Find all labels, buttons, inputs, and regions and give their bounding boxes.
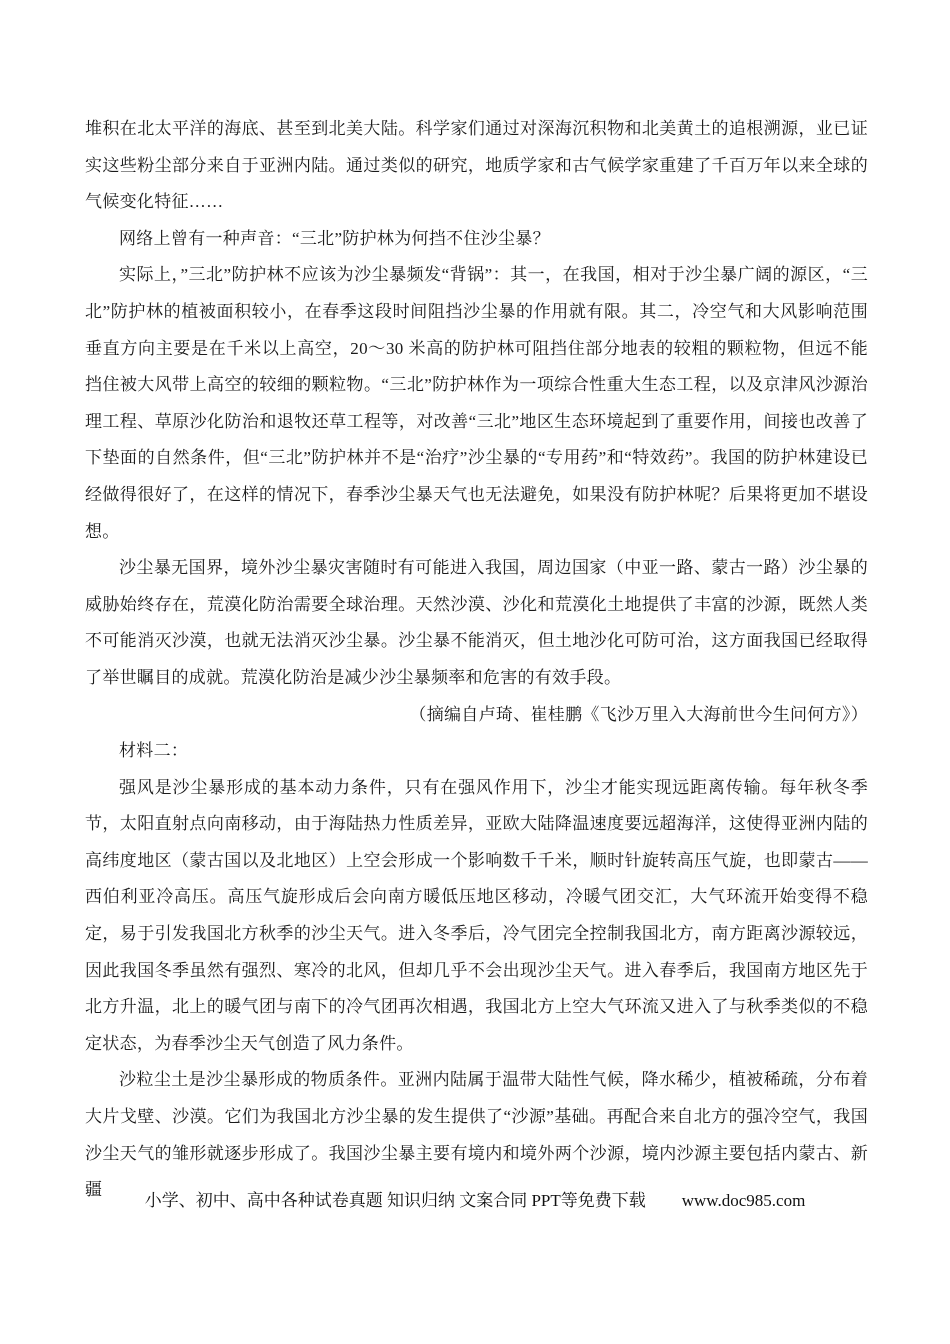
paragraph-question: 网络上曾有一种声音：“三北”防护林为何挡不住沙尘暴？ [85,221,868,258]
paragraph-global-control: 沙尘暴无国界，境外沙尘暴灾害随时有可能进入我国，周边国家（中亚一路、蒙古一路）沙… [85,550,868,696]
document-body: 堆积在北太平洋的海底、甚至到北美大陆。科学家们通过对深海沉积物和北美黄土的追根溯… [85,111,868,1209]
document-page: 堆积在北太平洋的海底、甚至到北美大陆。科学家们通过对深海沉积物和北美黄土的追根溯… [0,0,950,1344]
footer-services-text: 小学、初中、高中各种试卷真题 知识归纳 文案合同 PPT等免费下载 [145,1191,646,1210]
paragraph-sand-source: 沙粒尘土是沙尘暴形成的物质条件。亚洲内陆属于温带大陆性气候，降水稀少，植被稀疏，… [85,1062,868,1208]
source-attribution: （摘编自卢琦、崔桂鹏《飞沙万里入大海前世今生问何方》） [85,697,868,734]
paragraph-explanation: 实际上，”三北”防护林不应该为沙尘暴频发“背锅”：其一，在我国，相对于沙尘暴广阔… [85,257,868,550]
material-two-heading: 材料二： [85,733,868,770]
paragraph-wind-condition: 强风是沙尘暴形成的基本动力条件，只有在强风作用下，沙尘才能实现远距离传输。每年秋… [85,770,868,1063]
paragraph-continuation: 堆积在北太平洋的海底、甚至到北美大陆。科学家们通过对深海沉积物和北美黄土的追根溯… [85,111,868,221]
footer-website-text: www.doc985.com [682,1191,806,1210]
page-footer: 小学、初中、高中各种试卷真题 知识归纳 文案合同 PPT等免费下载www.doc… [0,1189,950,1213]
